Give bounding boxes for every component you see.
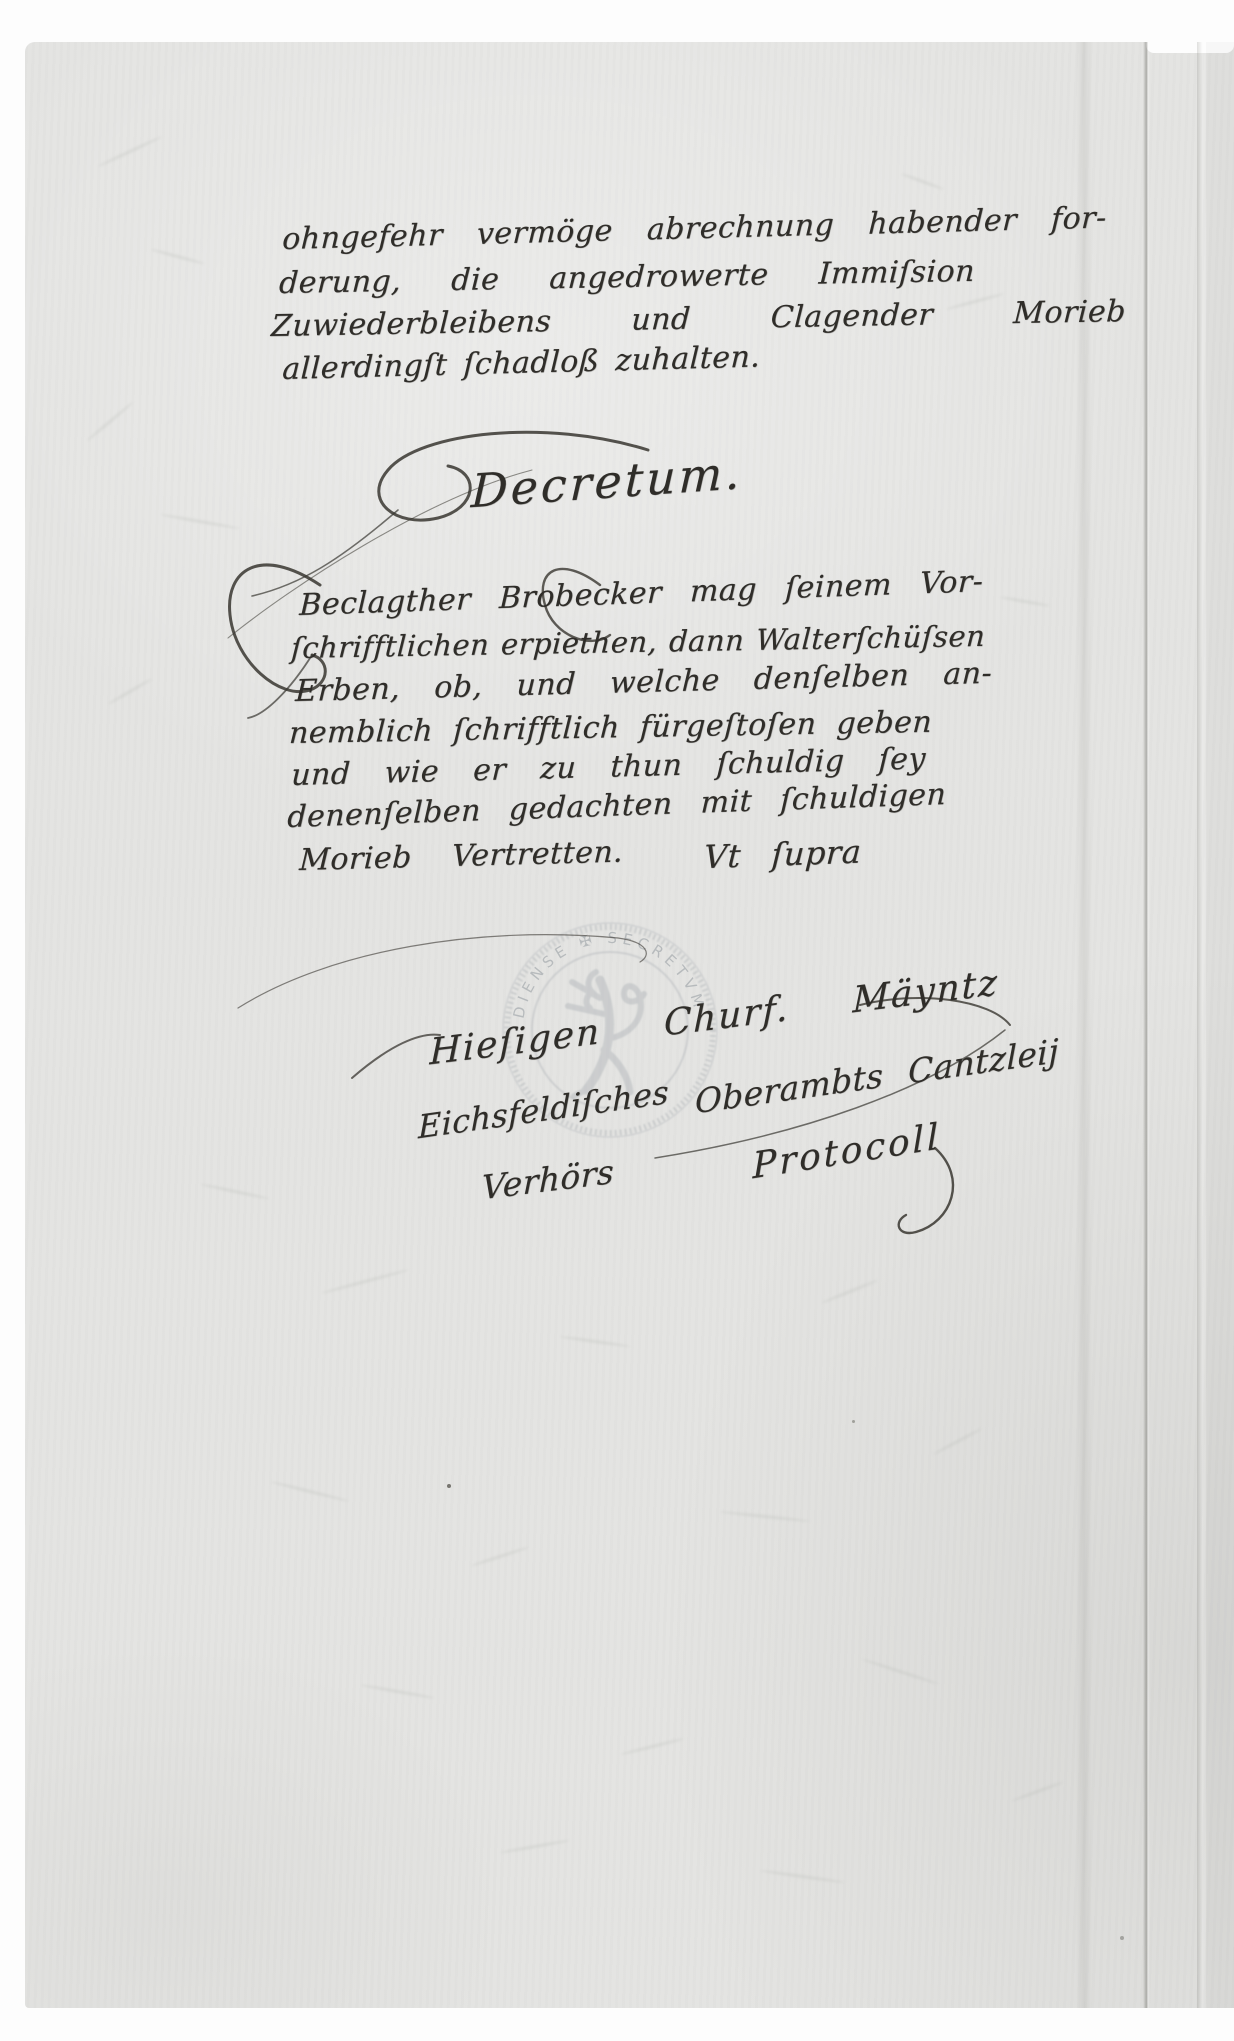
ink-speck [1120,1936,1124,1940]
decree-closing: Vt ſupra [703,833,862,877]
ink-speck [852,1420,855,1423]
document-scan: DIENSE ✠ SECRETVM [0,0,1234,2041]
page-edge-notch [1146,42,1234,53]
ink-speck [447,1484,451,1488]
